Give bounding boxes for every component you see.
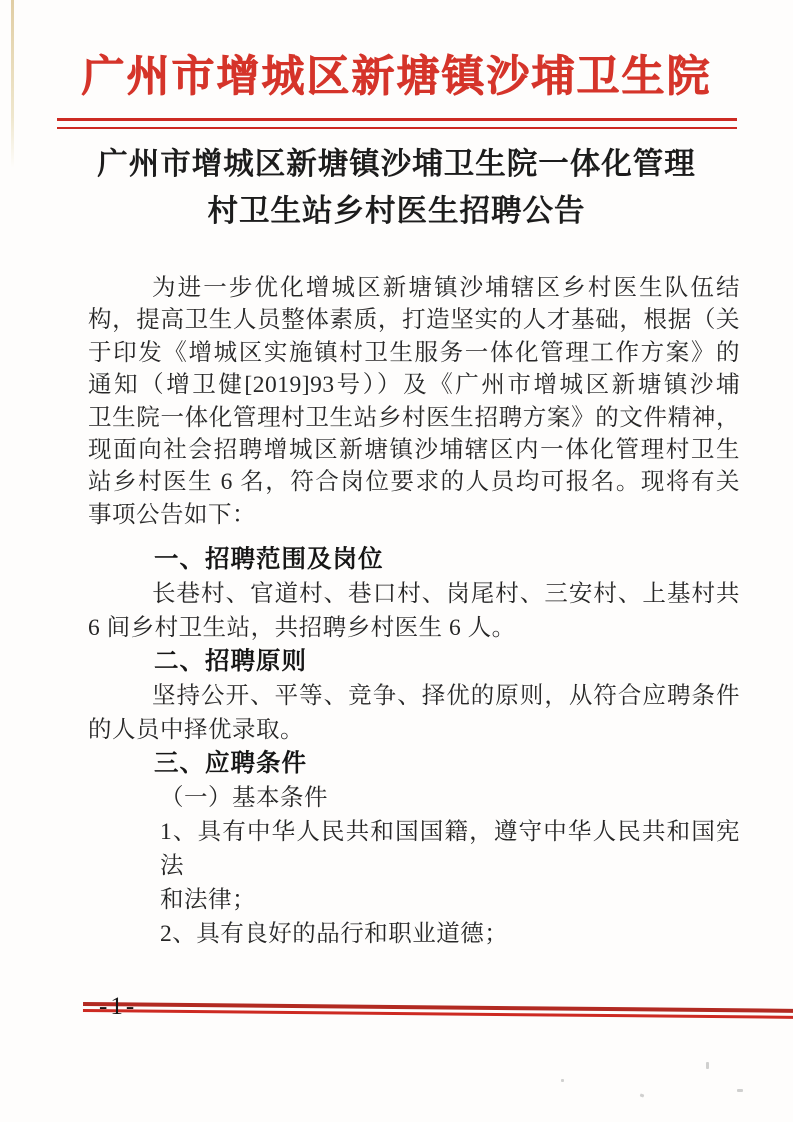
footer-divider-line <box>83 1002 793 1019</box>
document-title-line2: 村卫生站乡村医生招聘公告 <box>0 188 793 235</box>
text-line: 和法律； <box>88 883 740 917</box>
text-line: 1、具有中华人民共和国国籍，遵守中华人民共和国宪法 <box>88 815 740 883</box>
text-line: 现面向社会招聘增城区新塘镇沙埔辖区内一体化管理村卫生 <box>88 434 740 466</box>
text-line: 三、应聘条件 <box>88 747 740 781</box>
text-line: 长巷村、官道村、巷口村、岗尾村、三安村、上基村共 <box>88 577 740 611</box>
text-line: 事项公告如下： <box>88 499 740 531</box>
text-line: 卫生院一体化管理村卫生站乡村医生招聘方案》的文件精神， <box>88 402 740 434</box>
document-title: 广州市增城区新塘镇沙埔卫生院一体化管理 村卫生站乡村医生招聘公告 <box>0 141 793 235</box>
document-body: 为进一步优化增城区新塘镇沙埔辖区乡村医生队伍结构，提高卫生人员整体素质，打造坚实… <box>88 272 740 951</box>
scan-speck <box>706 1062 709 1069</box>
letterhead-title: 广州市增城区新塘镇沙埔卫生院 <box>0 48 793 108</box>
text-line: （一）基本条件 <box>88 781 740 815</box>
scan-speck <box>561 1079 564 1082</box>
page-number: -1- <box>99 993 137 1021</box>
scanned-document-page: 广州市增城区新塘镇沙埔卫生院 广州市增城区新塘镇沙埔卫生院一体化管理 村卫生站乡… <box>0 0 793 1122</box>
text-line: 通知（增卫健[2019]93号））及《广州市增城区新塘镇沙埔 <box>88 369 740 401</box>
scan-speck <box>640 1093 645 1097</box>
text-line: 构，提高卫生人员整体素质，打造坚实的人才基础，根据（关 <box>88 304 740 336</box>
document-title-line1: 广州市增城区新塘镇沙埔卫生院一体化管理 <box>0 141 793 188</box>
text-line: 站乡村医生 6 名，符合岗位要求的人员均可报名。现将有关 <box>88 466 740 498</box>
text-line: 于印发《增城区实施镇村卫生服务一体化管理工作方案》的 <box>88 337 740 369</box>
scan-speck <box>737 1089 743 1092</box>
text-line: 6 间乡村卫生站，共招聘乡村医生 6 人。 <box>88 611 740 645</box>
text-line: 二、招聘原则 <box>88 645 740 679</box>
text-line: 一、招聘范围及岗位 <box>88 543 740 577</box>
text-line: 坚持公开、平等、竞争、择优的原则，从符合应聘条件 <box>88 679 740 713</box>
letterhead-divider-line <box>57 118 737 129</box>
text-line: 的人员中择优录取。 <box>88 713 740 747</box>
text-line: 为进一步优化增城区新塘镇沙埔辖区乡村医生队伍结 <box>88 272 740 304</box>
text-line: 2、具有良好的品行和职业道德； <box>88 917 740 951</box>
